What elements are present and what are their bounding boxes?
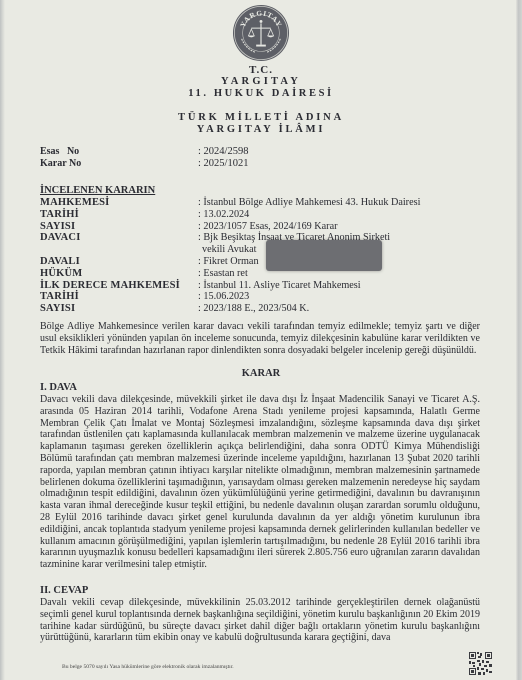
field-label: DAVACI (40, 232, 198, 244)
header-tc: T.C. (0, 65, 522, 76)
field-row: MAHKEMESİ: İstanbul Bölge Adliye Mahkeme… (40, 197, 420, 209)
document-header: YARGITAY T.C. YARGITAY 11. HUKUK DAİRESİ… (0, 4, 522, 136)
redaction-box (266, 240, 382, 271)
field-value: : Esastan ret (198, 268, 248, 280)
field-label: MAHKEMESİ (40, 197, 198, 209)
decision-number-label: Karar No (40, 158, 198, 170)
field-value: : İstanbul 11. Asliye Ticaret Mahkemesi (198, 280, 361, 292)
reviewed-decision-title: İNCELENEN KARARIN (40, 185, 420, 197)
section-heading-dava: I. DAVA (40, 382, 77, 393)
header-court-name: YARGITAY (0, 76, 522, 88)
field-label: İLK DERECE MAHKEMESİ (40, 280, 198, 292)
field-label: SAYISI (40, 221, 198, 233)
case-numbers: Esas No : 2024/2598 Karar No : 2025/1021 (40, 146, 248, 170)
field-value: : 2023/1057 Esas, 2024/169 Karar (198, 221, 338, 233)
field-value: : 13.02.2024 (198, 209, 249, 221)
field-row: TARİHİ: 13.02.2024 (40, 209, 420, 221)
field-row: İLK DERECE MAHKEMESİ: İstanbul 11. Asliy… (40, 280, 420, 292)
header-chamber: 11. HUKUK DAİRESİ (0, 88, 522, 100)
field-value: : 2023/188 E., 2023/504 K. (198, 303, 309, 315)
field-value: : İstanbul Bölge Adliye Mahkemesi 43. Hu… (198, 197, 420, 209)
field-row: SAYISI: 2023/1057 Esas, 2024/169 Karar (40, 221, 420, 233)
field-label: TARİHİ (40, 291, 198, 303)
field-label: TARİHİ (40, 209, 198, 221)
qr-code-icon[interactable] (469, 652, 492, 675)
case-number-label: Esas No (40, 146, 198, 158)
decision-number-row: Karar No : 2025/1021 (40, 158, 248, 170)
field-label: HÜKÜM (40, 268, 198, 280)
field-label: SAYISI (40, 303, 198, 315)
case-number-row: Esas No : 2024/2598 (40, 146, 248, 158)
section-text-dava: Davacı vekili dava dilekçesinde, müvekki… (40, 394, 480, 571)
karar-heading: KARAR (0, 368, 522, 379)
field-row: TARİHİ: 15.06.2023 (40, 291, 420, 303)
field-row: SAYISI: 2023/188 E., 2023/504 K. (40, 303, 420, 315)
intro-paragraph: Bölge Adliye Mahkemesince verilen karar … (40, 321, 480, 356)
decision-number-value: : 2025/1021 (198, 158, 248, 170)
yargitay-emblem-icon: YARGITAY (232, 4, 290, 62)
header-in-the-name: TÜRK MİLLETİ ADINA (0, 112, 522, 124)
header-document-type: YARGITAY İLÂMI (0, 124, 522, 136)
e-signature-note: Bu belge 5070 sayılı Yasa hükümlerine gö… (62, 664, 234, 670)
section-text-cevap: Davalı vekili cevap dilekçesinde, müvekk… (40, 597, 480, 644)
field-value: : Fikret Orman (198, 256, 259, 268)
section-heading-cevap: II. CEVAP (40, 585, 88, 596)
field-value: : 15.06.2023 (198, 291, 249, 303)
case-number-value: : 2024/2598 (198, 146, 248, 158)
field-label: DAVALI (40, 256, 198, 268)
